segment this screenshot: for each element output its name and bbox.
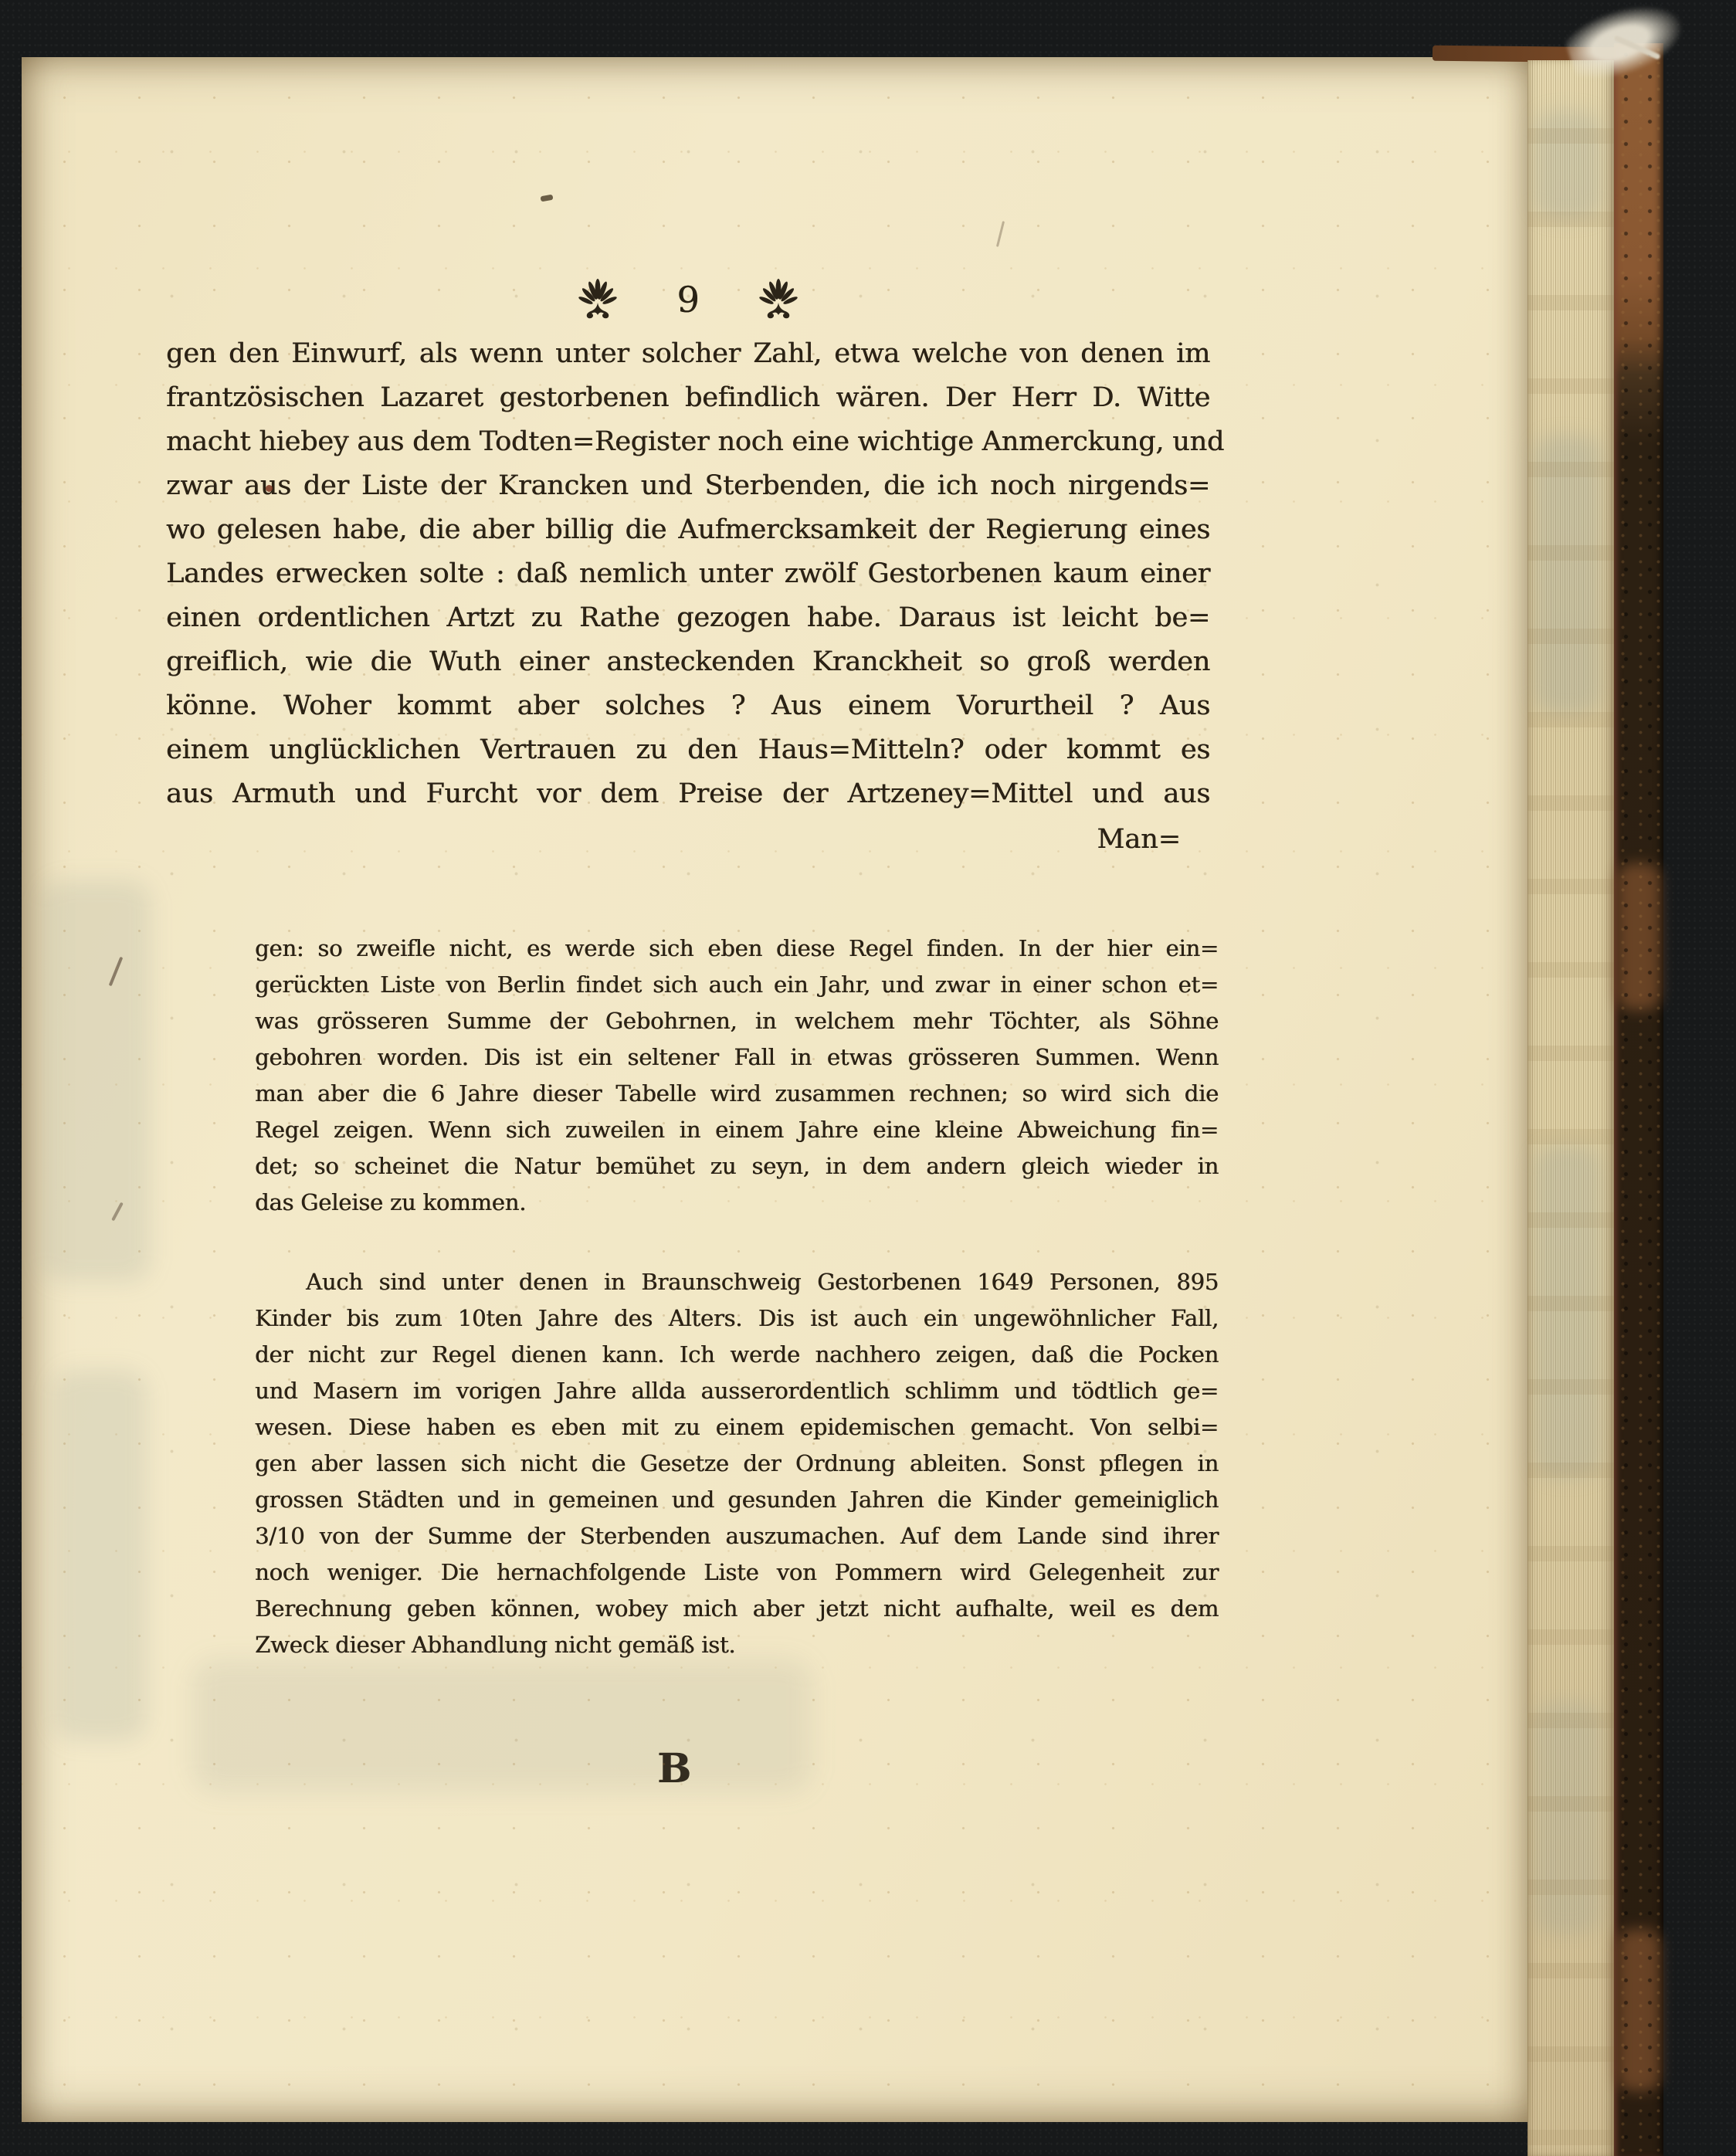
text-line: Auch sind unter denen in Braunschweig Ge… bbox=[255, 1264, 1219, 1300]
text-line: einen ordentlichen Artzt zu Rathe gezoge… bbox=[166, 596, 1210, 640]
text-line: noch weniger. Die hernachfolgende Liste … bbox=[255, 1554, 1219, 1591]
page-number: 9 bbox=[676, 279, 699, 320]
verso-showthrough bbox=[54, 1370, 147, 1741]
fore-edge-band bbox=[1534, 436, 1602, 714]
verso-showthrough bbox=[42, 880, 151, 1282]
text-line: zwar aus der Liste der Krancken und Ster… bbox=[166, 464, 1210, 508]
text-line: grossen Städten und in gemeinen und gesu… bbox=[255, 1482, 1219, 1518]
text-line: greiflich, wie die Wuth einer ansteckend… bbox=[166, 640, 1210, 684]
text-line: gen den Einwurf, als wenn unter solcher … bbox=[166, 332, 1210, 376]
palmette-ornament-icon bbox=[576, 276, 619, 323]
catchword: Man= bbox=[1097, 824, 1181, 855]
fore-edge-band bbox=[1534, 1702, 1602, 1934]
text-line: Berechnung geben können, wobey mich aber… bbox=[255, 1591, 1219, 1627]
text-line: Zweck dieser Abhandlung nicht gemäß ist. bbox=[255, 1627, 1219, 1663]
scanner-background: 9 gen den Einwurf, als wenn unter solche… bbox=[0, 0, 1736, 2156]
text-line: wo gelesen habe, die aber billig die Auf… bbox=[166, 508, 1210, 552]
leather-patch bbox=[1617, 1929, 1660, 2091]
text-line: wesen. Diese haben es eben mit zu einem … bbox=[255, 1409, 1219, 1446]
text-line: gerückten Liste von Berlin findet sich a… bbox=[255, 967, 1219, 1003]
ink-speck bbox=[266, 485, 273, 492]
ink-speck bbox=[541, 195, 554, 202]
text-line: man aber die 6 Jahre dieser Tabelle wird… bbox=[255, 1076, 1219, 1112]
text-line: und Masern im vorigen Jahre allda ausser… bbox=[255, 1373, 1219, 1409]
main-text-block: gen den Einwurf, als wenn unter solcher … bbox=[166, 332, 1210, 816]
text-line: det; so scheinet die Natur bemühet zu se… bbox=[255, 1148, 1219, 1185]
text-line: einem unglücklichen Vertrauen zu den Hau… bbox=[166, 728, 1210, 772]
handwritten-mark bbox=[996, 221, 1005, 247]
text-line: Regel zeigen. Wenn sich zuweilen in eine… bbox=[255, 1112, 1219, 1148]
text-line: gen: so zweifle nicht, es werde sich ebe… bbox=[255, 931, 1219, 967]
fore-edge-band bbox=[1534, 111, 1602, 219]
palmette-ornament-icon bbox=[757, 276, 800, 323]
text-line: macht hiebey aus dem Todten=Register noc… bbox=[166, 420, 1210, 464]
leather-board-edge bbox=[1614, 43, 1663, 2156]
text-line: 3/10 von der Summe der Sterbenden auszum… bbox=[255, 1518, 1219, 1554]
text-line: Kinder bis zum 10ten Jahre des Alters. D… bbox=[255, 1300, 1219, 1337]
fore-edge-band bbox=[1534, 1146, 1602, 1478]
footnote-paragraph-1: gen: so zweifle nicht, es werde sich ebe… bbox=[255, 931, 1219, 1221]
leather-patch bbox=[1617, 863, 1660, 1010]
footnote-block: gen: so zweifle nicht, es werde sich ebe… bbox=[255, 931, 1219, 1663]
book-fore-edge bbox=[1527, 60, 1614, 2156]
text-line: das Geleise zu kommen. bbox=[255, 1185, 1219, 1221]
footnote-paragraph-2: Auch sind unter denen in Braunschweig Ge… bbox=[255, 1264, 1219, 1663]
text-line: was grösseren Summe der Gebohrnen, in we… bbox=[255, 1003, 1219, 1039]
text-line: der nicht zur Regel dienen kann. Ich wer… bbox=[255, 1337, 1219, 1373]
catchword-row: Man= bbox=[166, 818, 1210, 862]
page-header: 9 bbox=[166, 264, 1210, 335]
text-line: aus Armuth und Furcht vor dem Preise der… bbox=[166, 772, 1210, 816]
verso-showthrough bbox=[193, 1660, 811, 1792]
book-page: 9 gen den Einwurf, als wenn unter solche… bbox=[22, 57, 1527, 2122]
text-line: frantzösischen Lazaret gestorbenen befin… bbox=[166, 376, 1210, 420]
text-line: könne. Woher kommt aber solches ? Aus ei… bbox=[166, 684, 1210, 728]
text-line: gen aber lassen sich nicht die Gesetze d… bbox=[255, 1446, 1219, 1482]
text-line: Landes erwecken solte : daß nemlich unte… bbox=[166, 552, 1210, 596]
text-line: gebohren worden. Dis ist ein seltener Fa… bbox=[255, 1039, 1219, 1076]
